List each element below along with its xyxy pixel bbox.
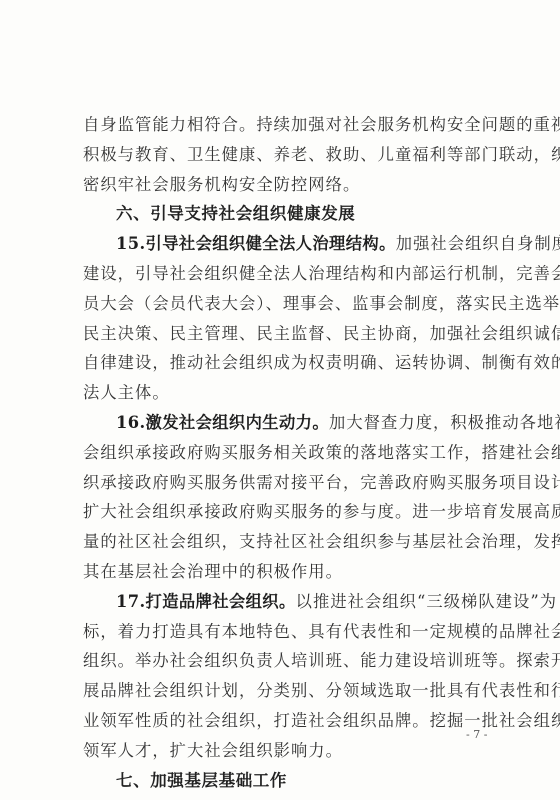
- paragraph-line: 业领军性质的社会组织，打造社会组织品牌。挖掘一批社会组织: [83, 706, 491, 736]
- item-15-title: 15.引导社会组织健全法人治理结构。: [116, 234, 396, 253]
- paragraph-line: 自律建设，推动社会组织成为权责明确、运转协调、制衡有效的: [83, 348, 491, 378]
- paragraph-line: 标，着力打造具有本地特色、具有代表性和一定规模的品牌社会: [83, 617, 491, 647]
- paragraph-line: 建设，引导社会组织健全法人治理结构和内部运行机制，完善会: [83, 259, 491, 289]
- paragraph-line: 量的社区社会组织，支持社区社会组织参与基层社会治理，发挥: [83, 527, 491, 557]
- document-body: 自身监管能力相符合。持续加强对社会服务机构安全问题的重视， 积极与教育、卫生健康…: [83, 110, 491, 795]
- item-16-first-line: 16.激发社会组织内生动力。加大督查力度，积极推动各地社: [83, 408, 491, 438]
- item-17-text: 以推进社会组织“三级梯队建设”为目: [296, 592, 560, 611]
- paragraph-line: 积极与教育、卫生健康、养老、救助、儿童福利等部门联动，织: [83, 140, 491, 170]
- section-heading-7: 七、加强基层基础工作: [83, 766, 491, 796]
- item-15-first-line: 15.引导社会组织健全法人治理结构。加强社会组织自身制度: [83, 229, 491, 259]
- paragraph-line: 扩大社会组织承接政府购买服务的参与度。进一步培育发展高质: [83, 497, 491, 527]
- page-number: - 7 -: [466, 728, 487, 741]
- paragraph-line: 展品牌社会组织计划，分类别、分领域选取一批具有代表性和行: [83, 676, 491, 706]
- paragraph-line: 员大会（会员代表大会）、理事会、监事会制度，落实民主选举、: [83, 289, 491, 319]
- paragraph-line: 民主决策、民主管理、民主监督、民主协商，加强社会组织诚信: [83, 319, 491, 349]
- paragraph-line: 会组织承接政府购买服务相关政策的落地落实工作，搭建社会组: [83, 438, 491, 468]
- paragraph-line: 其在基层社会治理中的积极作用。: [83, 557, 491, 587]
- item-16-title: 16.激发社会组织内生动力。: [116, 413, 329, 432]
- item-17-title: 17.打造品牌社会组织。: [116, 592, 296, 611]
- item-16-text: 加大督查力度，积极推动各地社: [329, 413, 560, 432]
- item-15-text: 加强社会组织自身制度: [396, 234, 560, 253]
- paragraph-line: 密织牢社会服务机构安全防控网络。: [83, 170, 491, 200]
- paragraph-line: 领军人才，扩大社会组织影响力。: [83, 736, 491, 766]
- paragraph-line: 自身监管能力相符合。持续加强对社会服务机构安全问题的重视，: [83, 110, 491, 140]
- paragraph-line: 法人主体。: [83, 378, 491, 408]
- paragraph-line: 织承接政府购买服务供需对接平台，完善政府购买服务项目设计，: [83, 468, 491, 498]
- document-page: 自身监管能力相符合。持续加强对社会服务机构安全问题的重视， 积极与教育、卫生健康…: [0, 0, 560, 800]
- section-heading-6: 六、引导支持社会组织健康发展: [83, 199, 491, 229]
- item-17-first-line: 17.打造品牌社会组织。以推进社会组织“三级梯队建设”为目: [83, 587, 491, 617]
- paragraph-line: 组织。举办社会组织负责人培训班、能力建设培训班等。探索开: [83, 646, 491, 676]
